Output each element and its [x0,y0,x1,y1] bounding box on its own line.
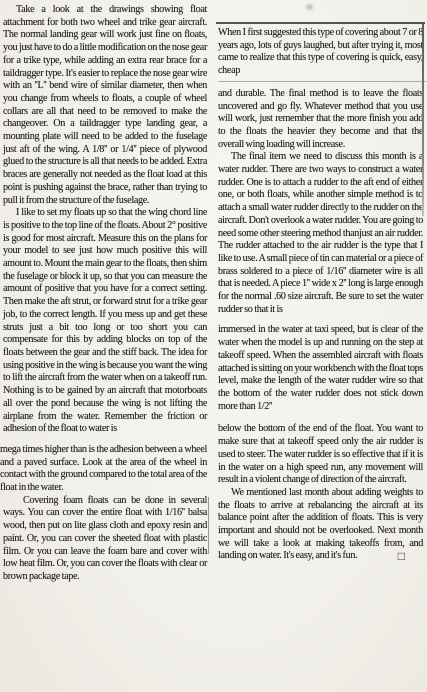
end-of-article-square-icon: □ [385,550,405,562]
paragraph-below-float-continuation: below the bottom of the end of the float… [218,423,423,487]
paragraph-float-setup: I like to set my floats up so that the w… [3,207,207,436]
paragraph-adhesion-continuation: mega times higher than is the adhesion b… [0,444,207,495]
paragraph-covering-floats: Covering foam floats can be done in seve… [3,495,207,584]
paragraph-durable-continuation: and durable. The final method is to leav… [218,88,423,152]
scan-edge-line-right [422,24,424,216]
bottom-rule [218,81,426,82]
scanned-article-page: Take a look at the drawings showing floa… [0,0,427,692]
paragraph-water-rudder: The final item we need to discuss this m… [218,151,423,316]
top-rule [216,22,425,24]
paragraph-float-attachment: Take a look at the drawings showing floa… [3,4,207,207]
right-column: When I first suggested this type of cove… [218,4,423,692]
paragraph-covering-intro: When I first suggested this type of cove… [218,27,423,78]
paragraph-closing: We mentioned last month about adding wei… [218,487,423,563]
closing-text: We mentioned last month about adding wei… [218,487,423,562]
boxed-intro-section: When I first suggested this type of cove… [218,22,423,82]
paragraph-immersed-continuation: immersed in the water at taxi speed, but… [218,324,423,413]
left-column: Take a look at the drawings showing floa… [3,4,207,692]
scan-speck [306,4,313,10]
scan-seam-line-middle [208,497,209,554]
